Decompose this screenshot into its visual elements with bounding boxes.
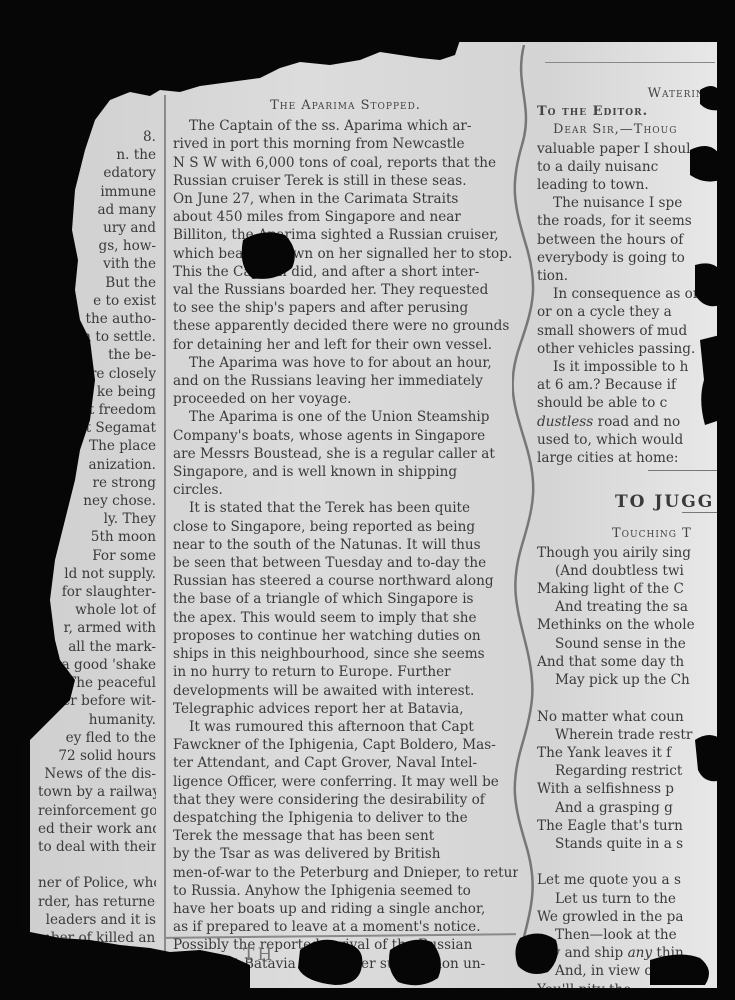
torn-damage-overlay xyxy=(0,0,735,1000)
